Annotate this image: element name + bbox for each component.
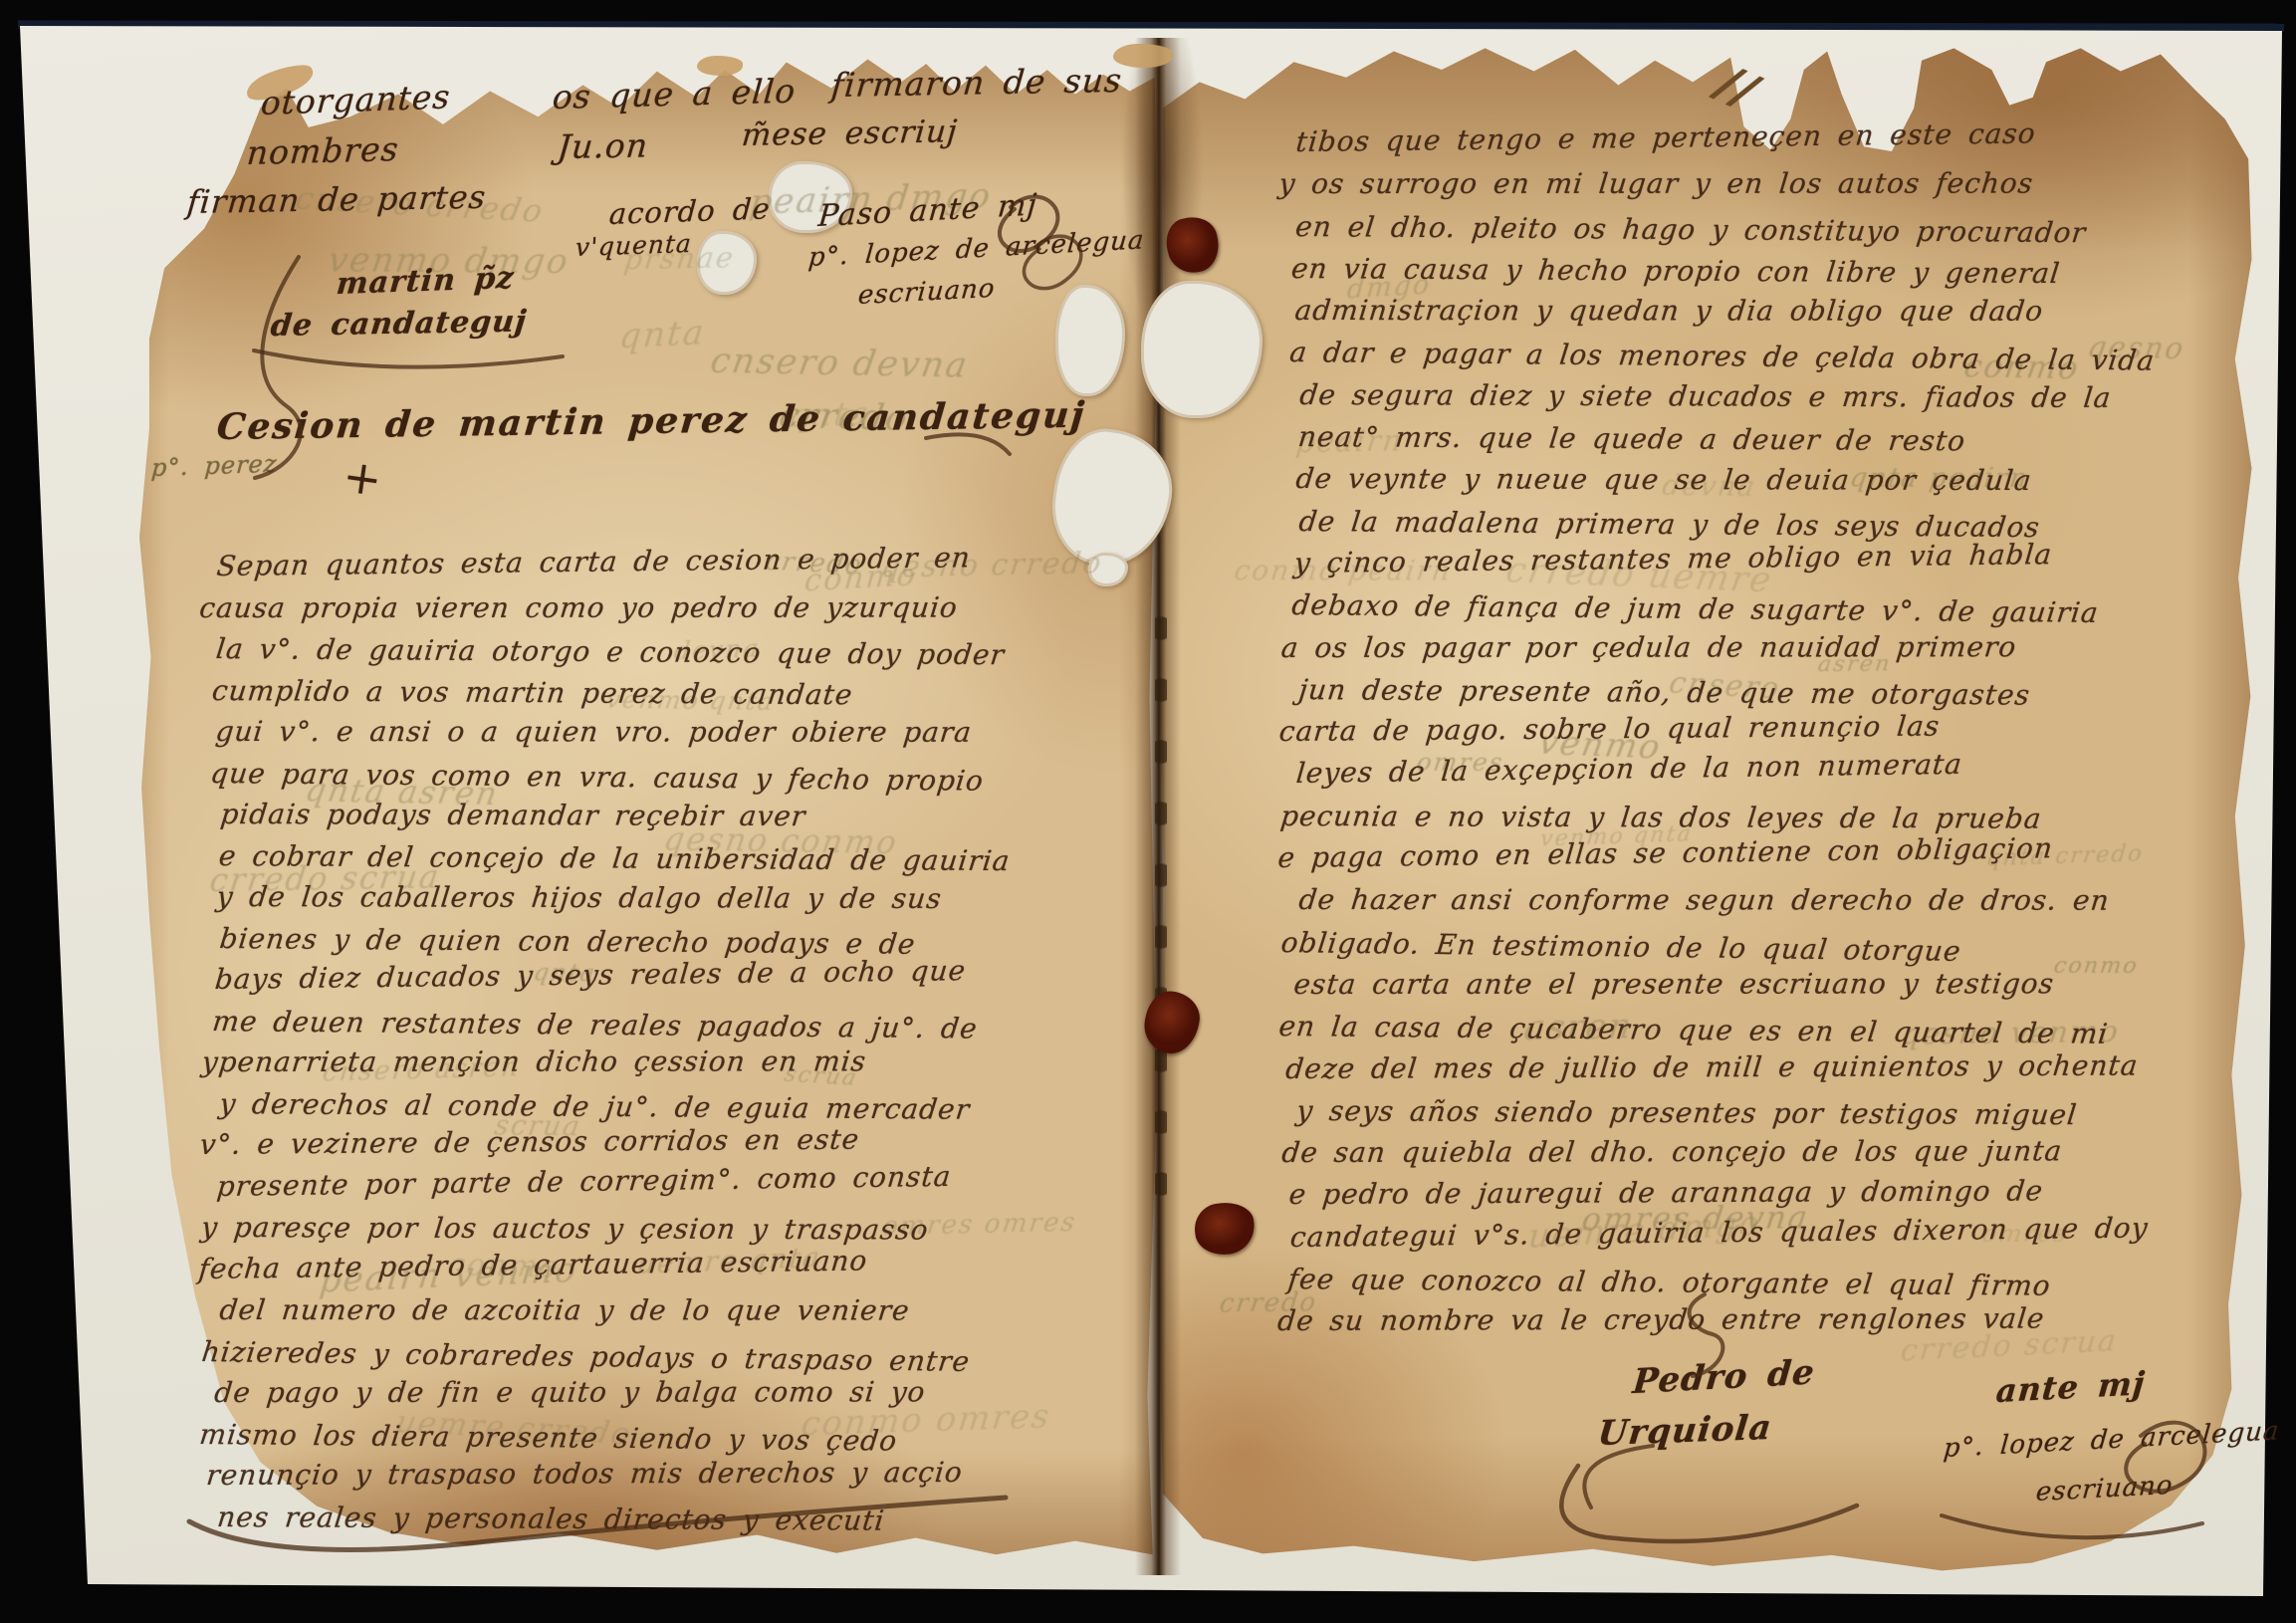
grantor-signature: Urquiola	[1596, 1408, 1774, 1454]
manuscript-text-line: y de los caballeros hijos dalgo della y …	[214, 876, 1010, 920]
manuscript-text-line: causa propia vieren como yo pedro de yzu…	[197, 586, 993, 628]
header-text: Ju.on	[556, 125, 649, 166]
right-body-text: tibos que tengo e me perteneçen en este …	[1288, 121, 2154, 1343]
manuscript-photo: qnta asrenscruapeairn dmgoprsnaedevnacon…	[0, 0, 2296, 1623]
manuscript-text-line: administraçion y quedan y dia obligo que…	[1292, 290, 2162, 333]
manuscript-text-line: gui v°. e ansi o a quien vro. poder obie…	[213, 711, 1009, 753]
manuscript-text-line: de veynte y nueue que se le deuia por çe…	[1293, 458, 2163, 503]
header-text: firman de partes	[185, 178, 488, 221]
header-text: firmaron de sus	[829, 61, 1124, 105]
manuscript-text-line: bays diez ducados y seys reales de a och…	[213, 950, 1008, 1001]
header-text: v'quenta	[574, 229, 693, 262]
manuscript-text-line: candategui v°s. de gauiria los quales di…	[1288, 1207, 2158, 1259]
header-text: otorgantes	[260, 77, 452, 122]
header-text: nombres	[245, 129, 400, 172]
manuscript-text-line: e cobrar del conçejo de la unibersidad d…	[217, 835, 1013, 882]
manuscript-text-line: neat° mrs. que le quede a deuer de resto	[1296, 416, 2166, 464]
manuscript-text-line: en via causa y hecho propio con libre y …	[1289, 248, 2159, 296]
manuscript-text-line: y os surrogo en mi lugar y en los autos …	[1276, 163, 2146, 206]
header-text: acordo de	[608, 191, 772, 231]
manuscript-text-line: de san quiebla del dho. conçejo de los q…	[1279, 1130, 2149, 1174]
stitching-holes	[1155, 597, 1169, 1215]
manuscript-text-line: la v°. de gauiria otorgo e conozco que d…	[214, 628, 1010, 676]
manuscript-text-line: cumplido a vos martin perez de candate	[210, 670, 1006, 717]
manuscript-text-line: pidais podays demandar reçebir aver	[218, 794, 1014, 837]
margin-note: p°. perez	[150, 450, 278, 483]
party-signature: de candateguj	[269, 304, 529, 344]
manuscript-text-line: ypenarrieta mençion dicho çession en mis	[200, 1041, 996, 1082]
manuscript-text-line: del numero de azcoitia y de lo que venie…	[218, 1289, 1014, 1331]
header-text: m̃ese escriuj	[740, 114, 959, 153]
manuscript-text-line: de pago y de fin e quito y balga como si…	[212, 1371, 1008, 1413]
header-text: os que a ello	[551, 72, 797, 116]
manuscript-text-line: tibos que tengo e me perteneçen en este …	[1294, 112, 2164, 163]
notary-attestation: ante mj	[1994, 1364, 2147, 1410]
manuscript-text-line: en el dho. pleito os hago y constituyo p…	[1293, 206, 2163, 255]
manuscript-text-line: de segura diez y siete ducados e mrs. fi…	[1297, 374, 2167, 419]
manuscript-text-line: nes reales y personales directos y execu…	[215, 1497, 1011, 1542]
margin-cross: +	[340, 448, 386, 507]
manuscript-text-line: renunçio y traspaso todos mis derechos y…	[204, 1452, 1000, 1497]
manuscript-text-line: a os los pagar por çedula de nauidad pri…	[1279, 626, 2149, 669]
manuscript-text-line: deze del mes de jullio de mill e quinien…	[1283, 1044, 2153, 1090]
manuscript-text-line: y çinco reales restantes me obligo en vi…	[1292, 533, 2162, 585]
party-signature: martin p̃z	[335, 261, 515, 302]
manuscript-text-line: de hazer ansi conforme segun derecho de …	[1296, 879, 2166, 922]
left-body-text: Sepan quantos esta carta de cesion e pod…	[209, 546, 1001, 1537]
manuscript-text-line: esta carta ante el presente escriuano y …	[1291, 963, 2161, 1006]
manuscript-text-line: de su nombre va le creydo entre renglone…	[1275, 1298, 2145, 1343]
manuscript-text-line: Sepan quantos esta carta de cesion e pod…	[215, 537, 1010, 587]
